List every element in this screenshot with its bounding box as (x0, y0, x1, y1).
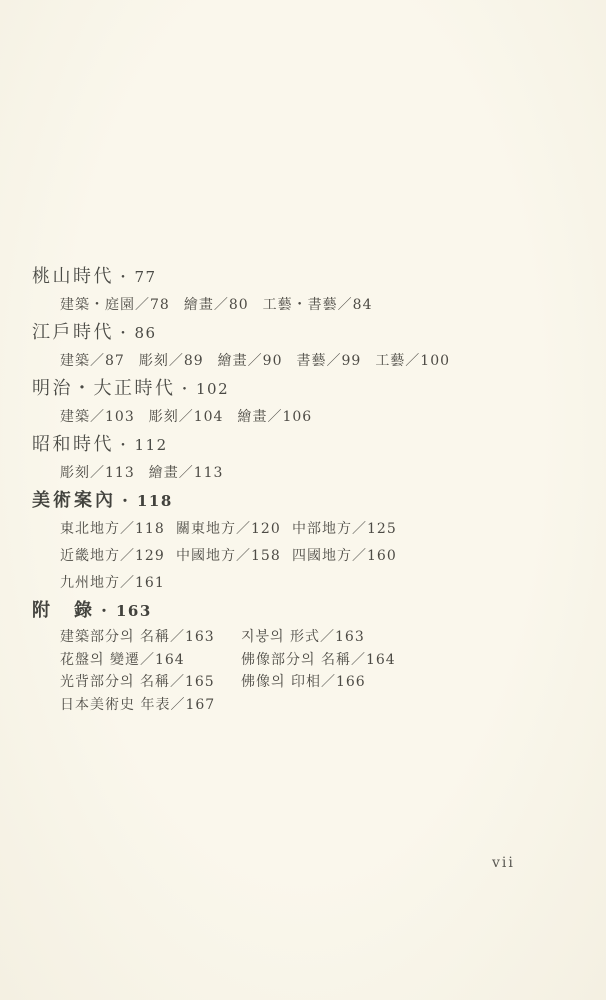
toc-section: 桃山時代・77建築・庭園／78繪畫／80工藝・書藝／84 (0, 263, 606, 319)
separator-dot-icon: ・ (97, 604, 114, 620)
toc-entry: 建築・庭園／78 (60, 297, 170, 313)
toc-row: 建築・庭園／78繪畫／80工藝・書藝／84 (60, 292, 606, 319)
separator-dot-icon: ・ (178, 382, 195, 398)
toc-row: 九州地方／161 (60, 570, 606, 597)
toc-entry: 光背部分의 名稱／165 (60, 671, 241, 694)
toc-entry: 彫刻／113 (60, 465, 135, 481)
toc-entry: 東北地方／118 (60, 516, 176, 543)
toc-entry: 花盤의 變遷／164 (60, 649, 241, 672)
toc-entry: 지붕의 形式／163 (241, 626, 365, 649)
section-title: 美術案內 (32, 490, 116, 511)
toc-row: 東北地方／118關東地方／120中部地方／125 (60, 516, 606, 543)
section-heading: 昭和時代・112 (0, 431, 606, 460)
toc-section: 附 錄・163建築部分의 名稱／163지붕의 形式／163花盤의 變遷／164佛… (0, 597, 606, 716)
separator-dot-icon: ・ (116, 326, 133, 342)
toc-section: 江戶時代・86建築／87彫刻／89繪畫／90書藝／99工藝／100 (0, 319, 606, 375)
toc-row: 花盤의 變遷／164佛像部分의 名稱／164 (60, 649, 606, 672)
section-heading: 附 錄・163 (0, 597, 606, 626)
toc-entry: 日本美術史 年表／167 (60, 694, 215, 717)
toc-row: 日本美術史 年表／167 (60, 694, 606, 717)
toc-section: 明治・大正時代・102建築／103彫刻／104繪畫／106 (0, 375, 606, 431)
book-page: 桃山時代・77建築・庭園／78繪畫／80工藝・書藝／84江戶時代・86建築／87… (0, 0, 606, 1000)
section-page: 102 (196, 380, 229, 398)
section-title: 桃山時代 (32, 266, 114, 287)
section-heading: 桃山時代・77 (0, 263, 606, 292)
section-page: 118 (137, 492, 173, 510)
toc-section: 昭和時代・112彫刻／113繪畫／113 (0, 431, 606, 487)
toc-entry: 中國地方／158 (176, 543, 292, 570)
toc-entry: 佛像部分의 名稱／164 (241, 649, 396, 672)
toc-row: 建築部分의 名稱／163지붕의 形式／163 (60, 626, 606, 649)
separator-dot-icon: ・ (118, 494, 135, 510)
toc-entry: 四國地方／160 (292, 543, 397, 570)
toc: 桃山時代・77建築・庭園／78繪畫／80工藝・書藝／84江戶時代・86建築／87… (0, 263, 606, 716)
section-heading: 美術案內・118 (0, 487, 606, 516)
page-number: vii (492, 855, 515, 871)
toc-row: 建築／103彫刻／104繪畫／106 (60, 404, 606, 431)
toc-entry: 工藝／100 (375, 353, 450, 369)
section-title: 明治・大正時代 (32, 378, 176, 399)
section-page: 112 (135, 436, 168, 454)
section-title: 江戶時代 (32, 322, 114, 343)
toc-entry: 近畿地方／129 (60, 543, 176, 570)
section-page: 77 (135, 268, 157, 286)
toc-entry: 建築／87 (60, 353, 125, 369)
section-heading: 江戶時代・86 (0, 319, 606, 348)
toc-entry: 繪畫／106 (237, 409, 312, 425)
section-title: 附 錄 (32, 600, 95, 621)
separator-dot-icon: ・ (116, 438, 133, 454)
toc-entry: 關東地方／120 (176, 516, 292, 543)
toc-row: 近畿地方／129中國地方／158四國地方／160 (60, 543, 606, 570)
toc-entry: 建築／103 (60, 409, 135, 425)
toc-entry: 九州地方／161 (60, 570, 165, 597)
toc-entry: 書藝／99 (296, 353, 361, 369)
toc-row: 彫刻／113繪畫／113 (60, 460, 606, 487)
toc-entry: 繪畫／80 (184, 297, 249, 313)
section-title: 昭和時代 (32, 434, 114, 455)
separator-dot-icon: ・ (116, 270, 133, 286)
toc-entry: 佛像의 印相／166 (241, 671, 366, 694)
toc-entry: 建築部分의 名稱／163 (60, 626, 241, 649)
toc-entry: 繪畫／90 (218, 353, 283, 369)
section-heading: 明治・大正時代・102 (0, 375, 606, 404)
toc-section: 美術案內・118東北地方／118關東地方／120中部地方／125近畿地方／129… (0, 487, 606, 597)
toc-entry: 彫刻／89 (139, 353, 204, 369)
section-page: 163 (116, 602, 152, 620)
toc-row: 光背部分의 名稱／165佛像의 印相／166 (60, 671, 606, 694)
toc-entry: 中部地方／125 (292, 516, 397, 543)
toc-entry: 工藝・書藝／84 (263, 297, 373, 313)
toc-entry: 繪畫／113 (149, 465, 224, 481)
section-page: 86 (135, 324, 157, 342)
toc-row: 建築／87彫刻／89繪畫／90書藝／99工藝／100 (60, 348, 606, 375)
toc-entry: 彫刻／104 (149, 409, 224, 425)
